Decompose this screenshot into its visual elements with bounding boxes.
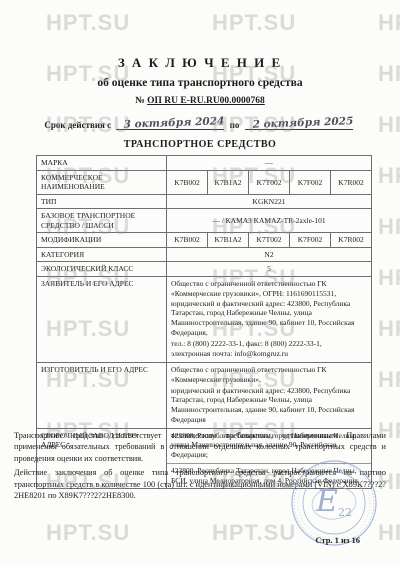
watermark-text: HPT.SU [378,10,400,36]
table-row-eco-class: ЭКОЛОГИЧЕСКИЙ КЛАСС 5 [37,261,371,276]
commercial-name-cell: K7R002 [330,171,371,194]
validity-from-label: Срок действия с [44,120,111,130]
commercial-name-cell: K7F002 [289,171,330,194]
watermark-text: HPT.SU [212,520,296,546]
watermark-text: HPT.SU [378,163,400,189]
section-title: ТРАНСПОРТНОЕ СРЕДСТВО [0,139,400,150]
table-row-base-vehicle: БАЗОВОЕ ТРАНСПОРТНОЕ СРЕДСТВО / ШАССИ — … [37,208,371,232]
manufacturer-name: Общество с ограниченной ответственностью… [171,365,367,385]
modification-cell: K7R002 [330,233,371,246]
row-label: ЗАЯВИТЕЛЬ И ЕГО АДРЕС [37,277,167,362]
commercial-name-cell: K7B002 [167,171,207,194]
watermark-text: HPT.SU [46,10,130,36]
watermark-text: HPT.SU [378,214,400,240]
table-row-modifications: МОДИФИКАЦИИ K7B002 K7B1A2 K7T002 K7F002 … [37,232,371,246]
document-page: З А К Л Ю Ч Е Н И Е об оценке типа транс… [0,0,400,566]
stamp-number: 22 [338,506,352,519]
table-row-type: ТИП KGKN221 [37,194,371,209]
row-label: МАРКА [37,156,167,170]
validity-line: Срок действия с 3 октября 2024 по 2 октя… [0,117,400,130]
row-label: ИЗГОТОВИТЕЛЬ И ЕГО АДРЕС [37,363,167,428]
row-cells: K7B002 K7B1A2 K7T002 K7F002 K7R002 [167,171,371,194]
watermark-text: HPT.SU [378,316,400,342]
modification-cell: K7B002 [167,233,207,246]
applicant-address: Общество с ограниченной ответственностью… [171,279,367,338]
document-title: З А К Л Ю Ч Е Н И Е [0,55,400,71]
stamp-letter: E [315,484,338,519]
row-label: БАЗОВОЕ ТРАНСПОРТНОЕ СРЕДСТВО / ШАССИ [37,209,167,232]
row-value: Общество с ограниченной ответственностью… [167,277,371,362]
document-number-prefix: № [135,96,145,106]
row-label: КОММЕРЧЕСКОЕ НАИМЕНОВАНИЕ [37,171,167,194]
table-row-commercial-name: КОММЕРЧЕСКОЕ НАИМЕНОВАНИЕ K7B002 K7B1A2 … [37,170,371,194]
watermark-text: HPT.SU [46,520,130,546]
table-row-manufacturer: ИЗГОТОВИТЕЛЬ И ЕГО АДРЕС Общество с огра… [37,362,371,428]
table-row-category: КАТЕГОРИЯ N2 [37,247,371,262]
row-value: 5 [167,262,371,276]
modification-cell: K7B1A2 [207,233,248,246]
validity-to-label: по [230,120,240,130]
modification-cell: K7F002 [289,233,330,246]
watermark-text: HPT.SU [378,265,400,291]
watermark-text: HPT.SU [378,520,400,546]
validity-date-from: 3 октября 2024 [120,115,228,131]
manufacturer-address: юридический и фактический адрес: 423800,… [171,386,367,425]
commercial-name-cell: K7T002 [248,171,289,194]
row-label: МОДИФИКАЦИИ [37,233,167,246]
table-row-marka: МАРКА — [37,156,371,170]
watermark-text: HPT.SU [378,367,400,393]
applicant-email: электронная почта: info@komgruz.ru [171,349,367,359]
row-label: КАТЕГОРИЯ [37,248,167,262]
row-value: KGKN221 [167,195,371,209]
commercial-name-cell: K7B1A2 [207,171,248,194]
row-cells: K7B002 K7B1A2 K7T002 K7F002 K7R002 [167,233,371,246]
row-label: ЭКОЛОГИЧЕСКИЙ КЛАСС [37,262,167,276]
row-value: — / КАМАЗ KAMAZ-TR-2axle-101 [167,209,371,232]
validity-date-from-slot: 3 октября 2024 [116,117,224,130]
watermark-text: HPT.SU [212,10,296,36]
row-value: — [167,156,371,170]
validity-date-to-slot: 2 октября 2025 [245,117,353,130]
modification-cell: K7T002 [248,233,289,246]
page-number: Стр. 1 из 16 [315,535,360,545]
document-number-value: ОП RU E-RU.RU00.0000768 [147,96,265,106]
row-value: N2 [167,248,371,262]
applicant-phone: тел.: 8 (800) 2222-33-1, факс: 8 (800) 2… [171,339,367,349]
document-number: № ОП RU E-RU.RU00.0000768 [0,96,400,106]
validity-date-to: 2 октября 2025 [248,115,356,131]
row-label: ТИП [37,195,167,209]
document-subtitle: об оценке типа транспортного средства [0,77,400,89]
row-value: Общество с ограниченной ответственностью… [167,363,371,428]
table-row-applicant: ЗАЯВИТЕЛЬ И ЕГО АДРЕС Общество с огранич… [37,276,371,362]
